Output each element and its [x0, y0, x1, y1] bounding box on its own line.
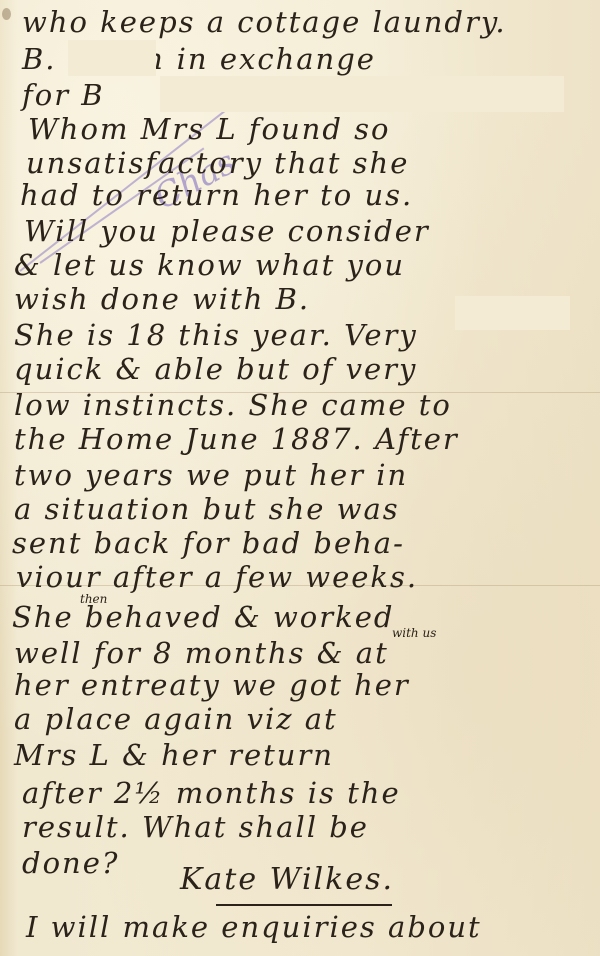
interlinear-insertion: with us [392, 626, 436, 640]
letter-line: & let us know what you [14, 248, 405, 282]
letter-line: her entreaty we got her [14, 668, 410, 702]
ink-stain [2, 8, 11, 20]
letter-line: after 2½ months is the [22, 776, 401, 810]
letter-line: two years we put her in [14, 458, 408, 492]
letter-line: result. What shall be [22, 810, 369, 844]
letter-line: viour after a few weeks. [16, 560, 418, 594]
letter-line: the Home June 1887. After [14, 422, 459, 456]
letter-line: low instincts. She came to [14, 388, 452, 422]
signature: Kate Wilkes. [180, 862, 394, 897]
letter-line: a situation but she was [14, 492, 400, 526]
letter-line: a place again viz at [14, 702, 338, 736]
letter-page: Chas who keeps a cottage laundry. B. whi… [0, 0, 600, 956]
interlinear-insertion: then [80, 592, 107, 606]
letter-line: Will you please consider [24, 214, 430, 248]
redaction-box [68, 40, 156, 76]
letter-line: quick & able but of very [14, 352, 417, 386]
redaction-box [160, 76, 564, 112]
letter-line: had to return her to us. [20, 178, 413, 212]
letter-line: She behaved & worked [12, 600, 394, 634]
letter-line: She is 18 this year. Very [14, 318, 418, 352]
letter-line: who keeps a cottage laundry. [22, 5, 507, 39]
letter-line: for B [22, 78, 105, 112]
letter-line: Whom Mrs L found so [28, 112, 390, 146]
letter-line: Mrs L & her return [14, 738, 334, 772]
letter-line: done? [22, 846, 119, 880]
postscript-line: I will make enquiries about [26, 910, 482, 944]
letter-line: well for 8 months & at [14, 636, 389, 670]
signature-underline [216, 904, 392, 906]
redaction-box [455, 296, 570, 330]
letter-line: wish done with B. [14, 282, 310, 316]
letter-line: sent back for bad beha- [12, 526, 405, 560]
letter-line: unsatisfactory that she [26, 146, 409, 180]
